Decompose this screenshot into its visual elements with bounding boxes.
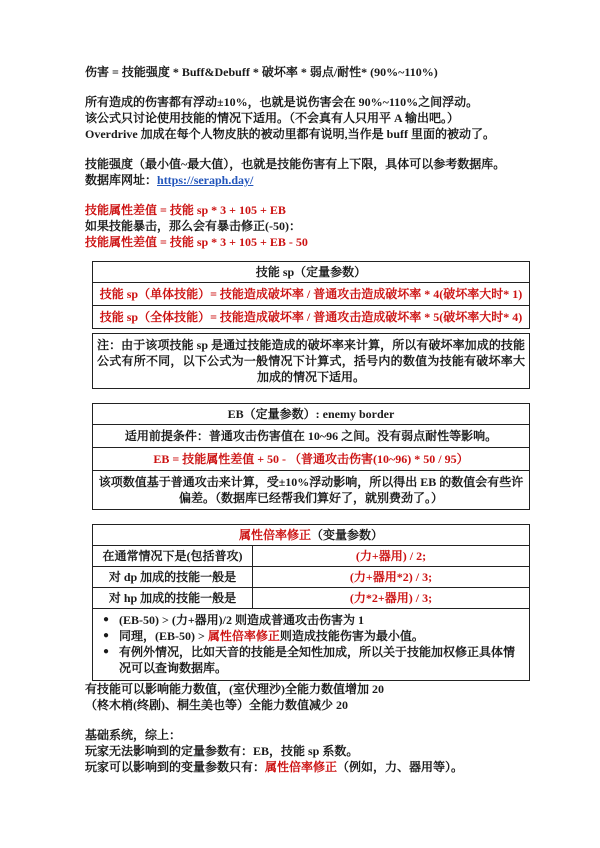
attr-mod-label: 对 hp 加成的技能一般是 [93,588,253,608]
intro-paragraph: 所有造成的伤害都有浮动±10%，也就是说伤害会在 90%~110%之间浮动。 该… [85,94,538,142]
attr-mod-row-dp: 对 dp 加成的技能一般是 (力+器用*2) / 3; [93,567,529,588]
bullet-text: 则造成技能伤害为最小值。 [280,629,424,643]
eb-condition-row: 适用前提条件：普通攻击伤害值在 10~96 之间。没有弱点耐性等影响。 [93,425,529,448]
bullet-item: ● (EB-50) > (力+器用)/2 则造成普通攻击伤害为 1 [101,612,523,628]
intro-line-1: 所有造成的伤害都有浮动±10%，也就是说伤害会在 90%~110%之间浮动。 [85,94,538,110]
eb-note-row: 该项数值基于普通攻击来计算，受±10%浮动影响，所以得出 EB 的数值会有些许偏… [93,471,529,509]
eb-table-title: EB（定量参数）: enemy border [93,404,529,425]
attr-mod-value: (力*2+器用) / 3; [253,588,529,608]
attr-mod-title-red: 属性倍率修正 [239,528,311,542]
skill-sp-note-box: 注：由于该项技能 sp 是通过技能造成的破坏率来计算，所以有破坏率加成的技能公式… [92,333,530,389]
bullet-icon: ● [103,612,109,628]
summary-variable-red: 属性倍率修正 [265,760,337,774]
document-page: 伤害 = 技能强度 * Buff&Debuff * 破坏率 * 弱点/耐性* (… [0,0,600,775]
attr-mod-label: 对 dp 加成的技能一般是 [93,567,253,587]
summary-variable-params: 玩家可以影响到的变量参数只有：属性倍率修正（例如，力、器用等）。 [85,759,538,775]
bullet-text: 同理，(EB-50) > [119,629,208,643]
ability-note-increase: 有技能可以影响能力数值，(室伏理沙)全能力数值增加 20 [85,681,538,697]
summary-variable-pre: 玩家可以影响到的变量参数只有： [85,760,265,774]
skill-sp-all-formula: 技能 sp（全体技能）= 技能造成破坏率 / 普通攻击造成破坏率 * 5(破坏率… [93,306,529,328]
skill-sp-single-formula: 技能 sp（单体技能）= 技能造成破坏率 / 普通攻击造成破坏率 * 4(破坏率… [93,283,529,306]
database-label: 数据库网址： [85,173,157,187]
bullet-icon: ● [103,644,109,660]
attr-mod-row-hp: 对 hp 加成的技能一般是 (力*2+器用) / 3; [93,588,529,609]
crit-note-line: 如果技能暴击，那么会有暴击修正(-50)： [85,218,538,234]
summary-variable-post: （例如，力、器用等）。 [337,760,463,774]
bullet-text: (EB-50) > (力+器用)/2 则造成普通攻击伤害为 1 [119,613,364,627]
bullet-icon: ● [103,628,109,644]
attr-mod-table: 属性倍率修正（变量参数） 在通常情况下是(包括普攻) (力+器用) / 2; 对… [92,524,530,681]
attr-mod-row-normal: 在通常情况下是(包括普攻) (力+器用) / 2; [93,546,529,567]
skill-sp-table: 技能 sp（定量参数） 技能 sp（单体技能）= 技能造成破坏率 / 普通攻击造… [92,261,530,329]
eb-formula-row: EB = 技能属性差值 + 50 - （普通攻击伤害(10~96) * 50 /… [93,448,529,471]
attr-mod-value: (力+器用*2) / 3; [253,567,529,587]
bullet-item: ● 有例外情况，比如天音的技能是全知性加成，所以关于技能加权修正具体情况可以查询… [101,644,523,676]
bullet-text-red: 属性倍率修正 [208,629,280,643]
attr-mod-label: 在通常情况下是(包括普攻) [93,546,253,566]
bullet-item: ● 同理，(EB-50) > 属性倍率修正则造成技能伤害为最小值。 [101,628,523,644]
attr-mod-value: (力+器用) / 2; [253,546,529,566]
summary-fixed-params: 玩家无法影响到的定量参数有：EB，技能 sp 系数。 [85,743,538,759]
ability-notes: 有技能可以影响能力数值，(室伏理沙)全能力数值增加 20 （柊木梢(终剧)、桐生… [85,681,538,713]
summary-section: 基础系统，综上： 玩家无法影响到的定量参数有：EB，技能 sp 系数。 玩家可以… [85,727,538,775]
summary-heading: 基础系统，综上： [85,727,538,743]
database-line: 数据库网址：https://seraph.day/ [85,172,538,188]
damage-formula-line: 伤害 = 技能强度 * Buff&Debuff * 破坏率 * 弱点/耐性* (… [85,64,538,80]
skill-power-line: 技能强度（最小值~最大值），也就是技能伤害有上下限，具体可以参考数据库。 [85,156,538,172]
ability-note-decrease: （柊木梢(终剧)、桐生美也等）全能力数值减少 20 [85,697,538,713]
attr-diff-formula: 技能属性差值 = 技能 sp * 3 + 105 + EB [85,202,538,218]
attr-mod-table-title: 属性倍率修正（变量参数） [93,525,529,546]
database-link[interactable]: https://seraph.day/ [157,173,253,187]
intro-line-3: Overdrive 加成在每个人物皮肤的被动里都有说明,当作是 buff 里面的… [85,126,538,142]
eb-table: EB（定量参数）: enemy border 适用前提条件：普通攻击伤害值在 1… [92,403,530,510]
attr-mod-title-rest: （变量参数） [311,528,383,542]
bullet-text: 有例外情况，比如天音的技能是全知性加成，所以关于技能加权修正具体情况可以查询数据… [119,645,515,675]
attr-mod-bullet-list: ● (EB-50) > (力+器用)/2 则造成普通攻击伤害为 1 ● 同理，(… [93,609,529,680]
intro-line-2: 该公式只讨论使用技能的情况下适用。（不会真有人只用平 A 输出吧。） [85,110,538,126]
attr-diff-formula-crit: 技能属性差值 = 技能 sp * 3 + 105 + EB - 50 [85,234,538,250]
skill-sp-table-title: 技能 sp（定量参数） [93,262,529,283]
